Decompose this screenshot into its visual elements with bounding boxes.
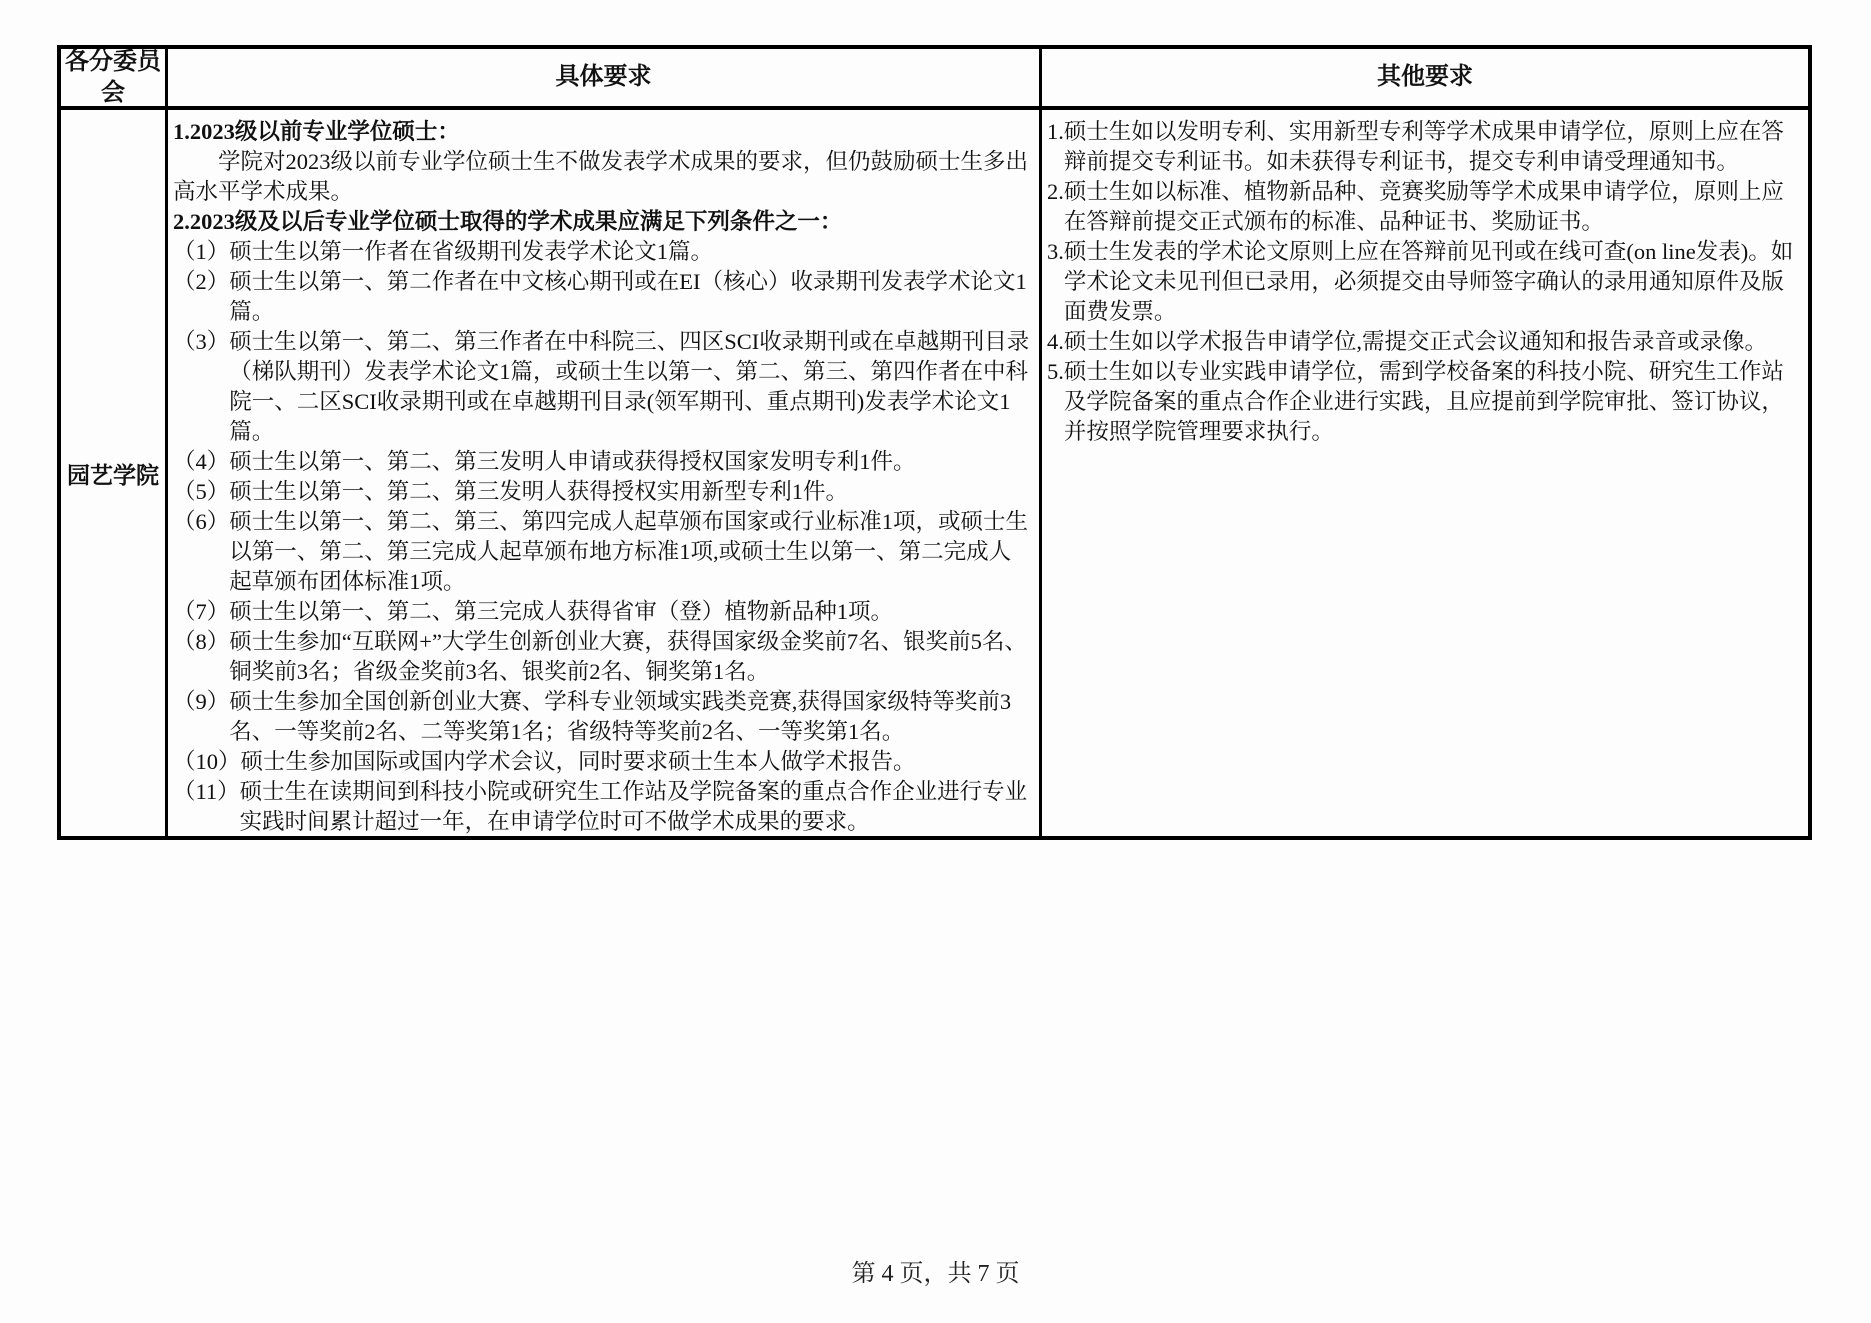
requirement-item: 3. 硕士生发表的学术论文原则上应在答辩前见刊或在线可查(on line发表)。…	[1047, 237, 1800, 327]
header-committee: 各分委员会	[61, 49, 168, 110]
requirement-item-text: 硕士生如以学术报告申请学位,需提交正式会议通知和报告录音或录像。	[1064, 327, 1800, 357]
requirement-item-text: 硕士生以第一作者在省级期刊发表学术论文1篇。	[229, 237, 1033, 267]
requirement-item: （11） 硕士生在读期间到科技小院或研究生工作站及学院备案的重点合作企业进行专业…	[173, 777, 1033, 836]
requirement-item-label: （4）	[173, 447, 229, 477]
requirement-item-label: （10）	[173, 747, 241, 777]
requirement-item: （8） 硕士生参加“互联网+”大学生创新创业大赛，获得国家级金奖前7名、银奖前5…	[173, 627, 1033, 687]
requirement-item-label: （9）	[173, 687, 229, 717]
requirement-item-text: 硕士生发表的学术论文原则上应在答辩前见刊或在线可查(on line发表)。如学术…	[1064, 237, 1800, 327]
requirement-item: （3） 硕士生以第一、第二、第三作者在中科院三、四区SCI收录期刊或在卓越期刊目…	[173, 327, 1033, 447]
requirement-item-text: 硕士生如以专业实践申请学位，需到学校备案的科技小院、研究生工作站及学院备案的重点…	[1064, 357, 1800, 447]
requirement-item-text: 硕士生以第一、第二、第三发明人获得授权实用新型专利1件。	[229, 477, 1033, 507]
requirement-item: （4） 硕士生以第一、第二、第三发明人申请或获得授权国家发明专利1件。	[173, 447, 1033, 477]
requirement-item: 学院对2023级以前专业学位硕士生不做发表学术成果的要求，但仍鼓励硕士生多出高水…	[173, 147, 1033, 207]
requirement-item-text: 硕士生参加国际或国内学术会议，同时要求硕士生本人做学术报告。	[241, 747, 1033, 777]
specific-requirements-cell: 1.2023级以前专业学位硕士： 学院对2023级以前专业学位硕士生不做发表学术…	[168, 110, 1042, 836]
requirement-item-label: （7）	[173, 597, 229, 627]
requirement-item-text: 硕士生以第一、第二、第三、第四完成人起草颁布国家或行业标准1项，或硕士生以第一、…	[229, 507, 1033, 597]
requirement-item-text: 硕士生以第一、第二、第三完成人获得省审（登）植物新品种1项。	[229, 597, 1033, 627]
requirement-item-text: 学院对2023级以前专业学位硕士生不做发表学术成果的要求，但仍鼓励硕士生多出高水…	[173, 149, 1028, 204]
requirement-item: 1. 硕士生如以发明专利、实用新型专利等学术成果申请学位，原则上应在答辩前提交专…	[1047, 117, 1800, 177]
requirement-item: （10） 硕士生参加国际或国内学术会议，同时要求硕士生本人做学术报告。	[173, 747, 1033, 777]
requirement-item-label: （3）	[173, 327, 229, 357]
requirement-item-text: 硕士生在读期间到科技小院或研究生工作站及学院备案的重点合作企业进行专业实践时间累…	[240, 777, 1033, 836]
requirement-item-label: 1.	[1047, 117, 1064, 147]
requirements-table: 各分委员会 具体要求 其他要求 园艺学院 1.2023级以前专业学位硕士： 学院…	[57, 45, 1812, 840]
requirement-item-label: （5）	[173, 477, 229, 507]
requirement-item-text: 硕士生参加全国创新创业大赛、学科专业领域实践类竞赛,获得国家级特等奖前3名、一等…	[229, 687, 1033, 747]
requirement-item: 2.2023级及以后专业学位硕士取得的学术成果应满足下列条件之一：	[173, 207, 1033, 237]
requirement-item-text: 硕士生参加“互联网+”大学生创新创业大赛，获得国家级金奖前7名、银奖前5名、铜奖…	[229, 627, 1033, 687]
requirement-item-label: 2.	[1047, 177, 1064, 207]
requirement-item-label: （1）	[173, 237, 229, 267]
requirement-item-text: 硕士生以第一、第二作者在中文核心期刊或在EI（核心）收录期刊发表学术论文1篇。	[229, 267, 1033, 327]
requirement-item-text: 硕士生如以发明专利、实用新型专利等学术成果申请学位，原则上应在答辩前提交专利证书…	[1064, 117, 1800, 177]
requirement-item-label: 5.	[1047, 357, 1064, 387]
requirement-item: （2） 硕士生以第一、第二作者在中文核心期刊或在EI（核心）收录期刊发表学术论文…	[173, 267, 1033, 327]
committee-name: 园艺学院	[61, 110, 168, 836]
requirement-item-text: 2.2023级及以后专业学位硕士取得的学术成果应满足下列条件之一：	[173, 209, 842, 234]
requirement-item: 1.2023级以前专业学位硕士：	[173, 117, 1033, 147]
requirement-item: （1） 硕士生以第一作者在省级期刊发表学术论文1篇。	[173, 237, 1033, 267]
requirement-item-text: 硕士生以第一、第二、第三发明人申请或获得授权国家发明专利1件。	[229, 447, 1033, 477]
requirement-item: （7） 硕士生以第一、第二、第三完成人获得省审（登）植物新品种1项。	[173, 597, 1033, 627]
other-requirements-cell: 1. 硕士生如以发明专利、实用新型专利等学术成果申请学位，原则上应在答辩前提交专…	[1042, 110, 1808, 836]
requirement-item: （9） 硕士生参加全国创新创业大赛、学科专业领域实践类竞赛,获得国家级特等奖前3…	[173, 687, 1033, 747]
requirement-item-label: （2）	[173, 267, 229, 297]
requirement-item-text: 1.2023级以前专业学位硕士：	[173, 119, 460, 144]
requirement-item: （5） 硕士生以第一、第二、第三发明人获得授权实用新型专利1件。	[173, 477, 1033, 507]
requirement-item: （6） 硕士生以第一、第二、第三、第四完成人起草颁布国家或行业标准1项，或硕士生…	[173, 507, 1033, 597]
requirement-item-label: 4.	[1047, 327, 1064, 357]
requirement-item-text: 硕士生以第一、第二、第三作者在中科院三、四区SCI收录期刊或在卓越期刊目录（梯队…	[229, 327, 1033, 447]
header-other-requirements: 其他要求	[1042, 49, 1808, 110]
page-number-indicator: 第 4 页，共 7 页	[0, 1253, 1871, 1288]
header-specific-requirements: 具体要求	[168, 49, 1042, 110]
requirement-item-text: 硕士生如以标准、植物新品种、竞赛奖励等学术成果申请学位，原则上应在答辩前提交正式…	[1064, 177, 1800, 237]
requirement-item-label: （8）	[173, 627, 229, 657]
requirement-item-label: （6）	[173, 507, 229, 537]
document-page: 各分委员会 具体要求 其他要求 园艺学院 1.2023级以前专业学位硕士： 学院…	[0, 0, 1871, 1323]
requirement-item-label: 3.	[1047, 237, 1064, 267]
requirement-item: 5. 硕士生如以专业实践申请学位，需到学校备案的科技小院、研究生工作站及学院备案…	[1047, 357, 1800, 447]
requirement-item: 4. 硕士生如以学术报告申请学位,需提交正式会议通知和报告录音或录像。	[1047, 327, 1800, 357]
requirement-item: 2. 硕士生如以标准、植物新品种、竞赛奖励等学术成果申请学位，原则上应在答辩前提…	[1047, 177, 1800, 237]
requirement-item-label: （11）	[173, 777, 240, 807]
